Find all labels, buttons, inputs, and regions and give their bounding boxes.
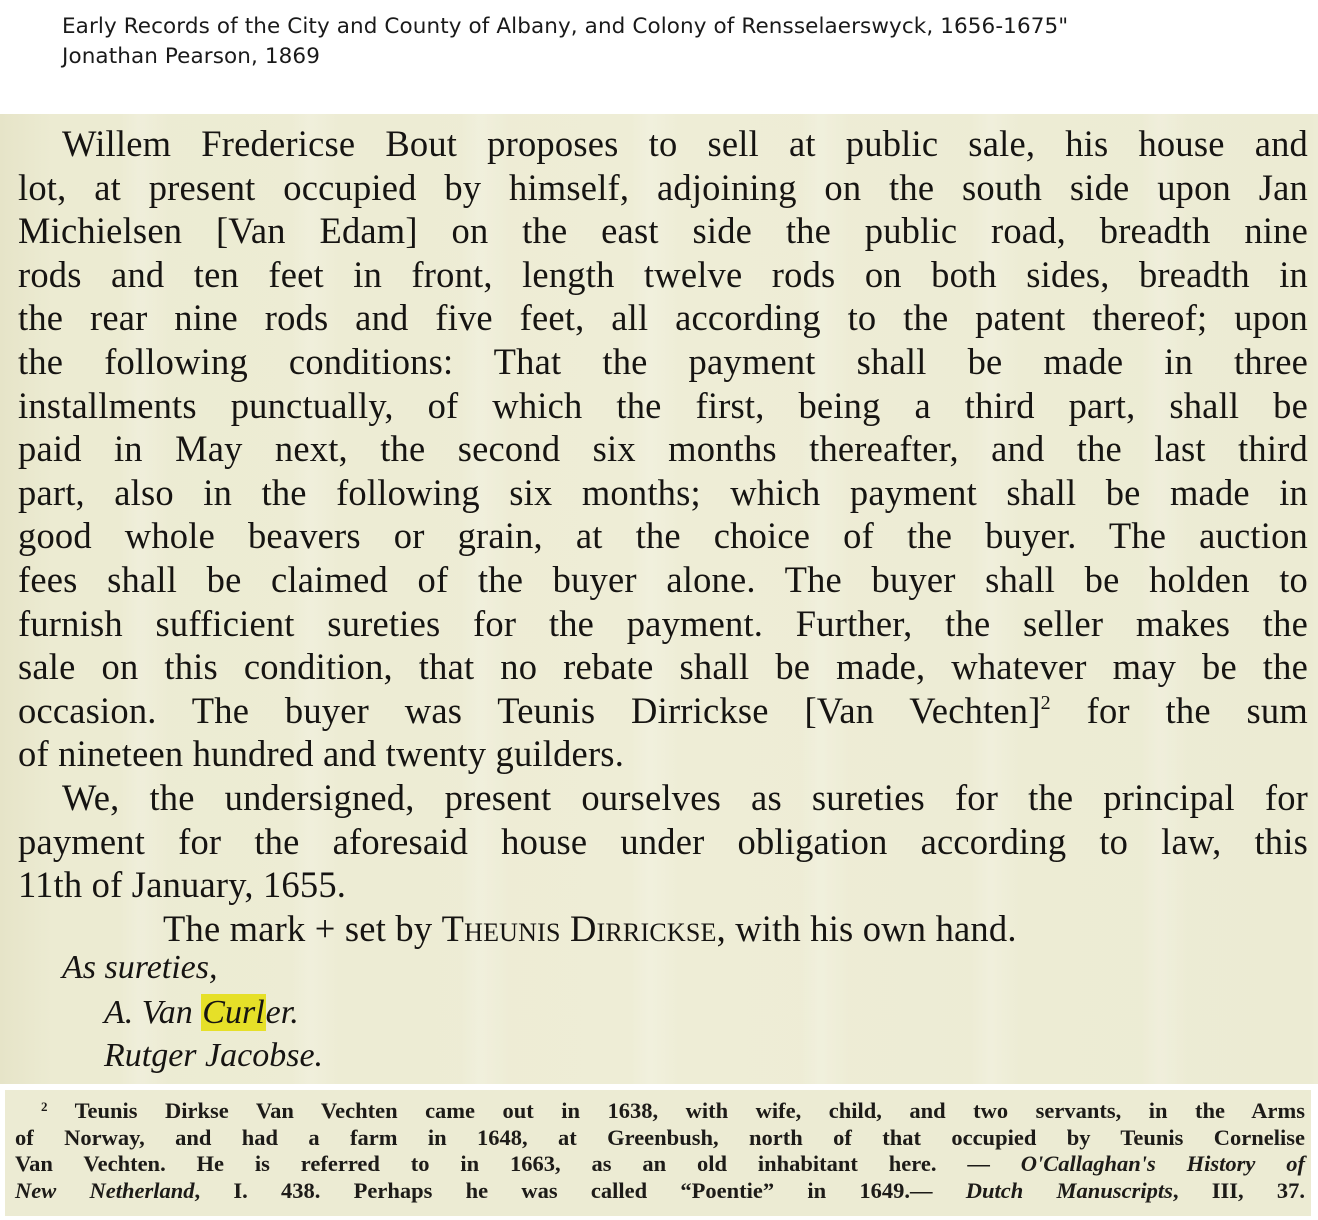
text-line: of nineteen hundred and twenty guilders. bbox=[18, 732, 1308, 776]
scanned-page: Willem Fredericse Bout proposes to sell … bbox=[0, 114, 1318, 1084]
text-line: the following conditions: That the payme… bbox=[18, 340, 1308, 384]
footnote-line: Van Vechten. He is referred to in 1663, … bbox=[15, 1151, 1305, 1178]
text-line: sale on this condition, that no rebate s… bbox=[18, 645, 1308, 689]
signer-name: Theunis Dirrickse bbox=[442, 908, 717, 949]
footnote-line: of Norway, and had a farm in 1648, at Gr… bbox=[15, 1125, 1305, 1152]
text-line: rods and ten feet in front, length twelv… bbox=[18, 253, 1308, 297]
sureties-heading: As sureties, bbox=[62, 946, 218, 989]
text-line: We, the undersigned, present ourselves a… bbox=[18, 776, 1308, 820]
footnote-line-text: , III, 37. bbox=[1173, 1178, 1305, 1203]
text-line-with-footnote: occasion. The buyer was Teunis Dirrickse… bbox=[18, 689, 1308, 733]
line-text: occasion. The buyer was Teunis Dirrickse… bbox=[18, 690, 1041, 731]
citation-title: Dutch Manuscripts bbox=[966, 1178, 1173, 1203]
footnote-line: New Netherland, I. 438. Perhaps he was c… bbox=[15, 1178, 1305, 1205]
caption-author: Jonathan Pearson, 1869 bbox=[62, 42, 1068, 72]
text-line: furnish sufficient sureties for the paym… bbox=[18, 602, 1308, 646]
mark-prefix: The mark + set by bbox=[163, 908, 442, 949]
text-line: Michielsen [Van Edam] on the east side t… bbox=[18, 209, 1308, 253]
citation-title: O'Callaghan's History of bbox=[1021, 1151, 1305, 1176]
citation-title: New Netherland bbox=[15, 1178, 195, 1203]
mark-line: The mark + set by Theunis Dirrickse, wit… bbox=[18, 907, 1308, 951]
footnote-line: 2 Teunis Dirkse Van Vechten came out in … bbox=[15, 1098, 1305, 1125]
surety-signer-2: Rutger Jacobse. bbox=[104, 1034, 323, 1077]
text-line: installments punctually, of which the fi… bbox=[18, 384, 1308, 428]
text-line: 11th of January, 1655. bbox=[18, 863, 1308, 907]
text-line: paid in May next, the second six months … bbox=[18, 427, 1308, 471]
surety-signer-1: A. Van Curler. bbox=[104, 991, 299, 1034]
document-body: Willem Fredericse Bout proposes to sell … bbox=[18, 122, 1308, 950]
text-line: fees shall be claimed of the buyer alone… bbox=[18, 558, 1308, 602]
footnote-line-text: Teunis Dirkse Van Vechten came out in 16… bbox=[75, 1098, 1305, 1123]
signer-1-prefix: A. Van bbox=[104, 994, 201, 1031]
text-line: payment for the aforesaid house under ob… bbox=[18, 820, 1308, 864]
search-highlight: Curl bbox=[201, 994, 265, 1031]
text-line: good whole beavers or grain, at the choi… bbox=[18, 514, 1308, 558]
text-line: lot, at present occupied by himself, adj… bbox=[18, 166, 1308, 210]
signer-1-suffix: er. bbox=[266, 994, 299, 1031]
footnote-marker: 2 bbox=[41, 1099, 48, 1114]
footnote-line-text: Van Vechten. He is referred to in 1663, … bbox=[15, 1151, 1021, 1176]
footnote-line-text: , I. 438. Perhaps he was called “Poentie… bbox=[195, 1178, 966, 1203]
line-text: for the sum bbox=[1051, 690, 1308, 731]
footnote-text: 2 Teunis Dirkse Van Vechten came out in … bbox=[15, 1098, 1305, 1204]
text-line: part, also in the following six months; … bbox=[18, 471, 1308, 515]
footnote-reference[interactable]: 2 bbox=[1041, 692, 1051, 714]
image-caption: Early Records of the City and County of … bbox=[62, 12, 1068, 72]
caption-title: Early Records of the City and County of … bbox=[62, 12, 1068, 42]
footnote-block: 2 Teunis Dirkse Van Vechten came out in … bbox=[5, 1088, 1311, 1216]
text-line: Willem Fredericse Bout proposes to sell … bbox=[18, 122, 1308, 166]
mark-suffix: , with his own hand. bbox=[717, 908, 1017, 949]
text-line: the rear nine rods and five feet, all ac… bbox=[18, 296, 1308, 340]
